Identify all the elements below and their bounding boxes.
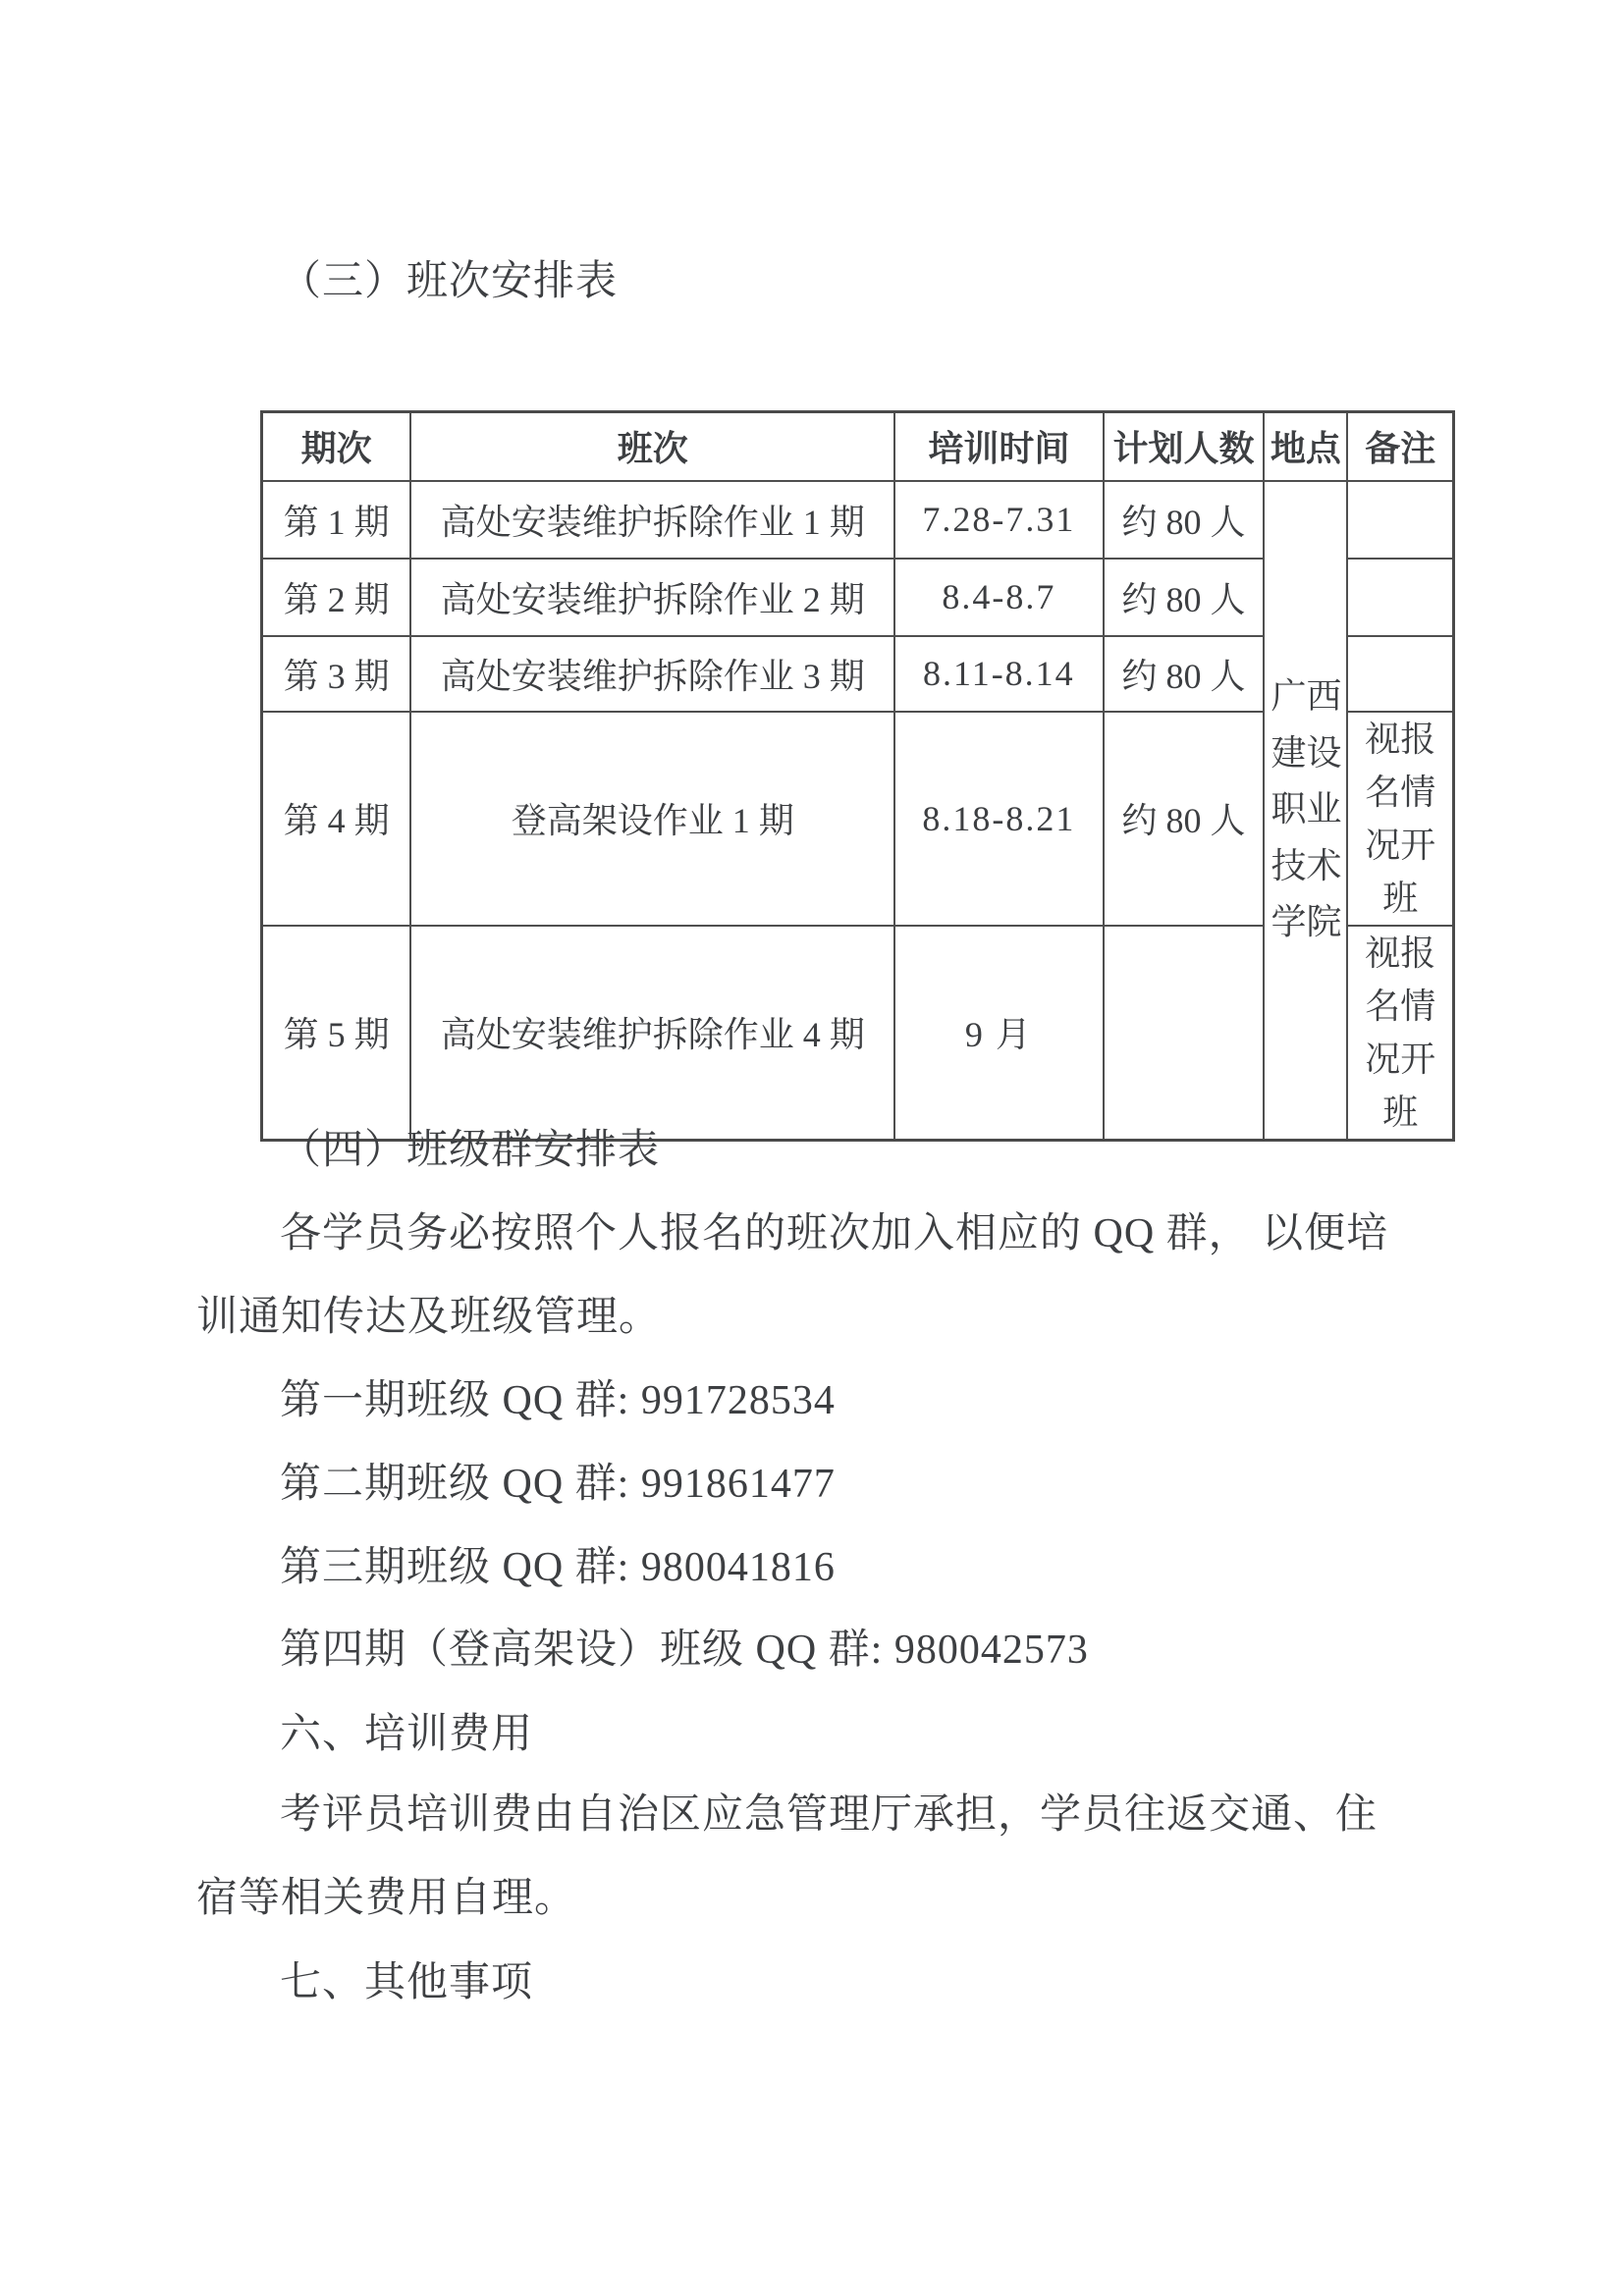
cell-time: 9 月 xyxy=(894,926,1103,1141)
section6-paragraph-line1: 考评员培训费由自治区应急管理厅承担，学员往返交通、住 xyxy=(280,1794,1378,1836)
section3-heading: （三）班次安排表 xyxy=(280,261,618,302)
section6-heading: 六、培训费用 xyxy=(280,1714,533,1755)
cell-class: 高处安装维护拆除作业 4 期 xyxy=(410,926,894,1141)
cell-count xyxy=(1104,926,1265,1141)
cell-class: 登高架设作业 1 期 xyxy=(410,712,894,926)
col-header-location: 地点 xyxy=(1264,412,1347,481)
table-row: 第 1 期 高处安装维护拆除作业 1 期 7.28-7.31 约 80 人 广西… xyxy=(262,481,1454,559)
section4-heading: （四）班级群安排表 xyxy=(280,1130,660,1171)
table-header-row: 期次 班次 培训时间 计划人数 地点 备注 xyxy=(262,412,1454,481)
cell-time: 7.28-7.31 xyxy=(894,481,1103,559)
cell-count: 约 80 人 xyxy=(1104,636,1265,712)
cell-class: 高处安装维护拆除作业 2 期 xyxy=(410,559,894,636)
cell-period: 第 4 期 xyxy=(262,712,411,926)
cell-time: 8.4-8.7 xyxy=(894,559,1103,636)
cell-period: 第 2 期 xyxy=(262,559,411,636)
qq-group-line-3: 第三期班级 QQ 群: 980041816 xyxy=(280,1547,836,1588)
col-header-note: 备注 xyxy=(1347,412,1453,481)
cell-class: 高处安装维护拆除作业 1 期 xyxy=(410,481,894,559)
class-schedule-table: 期次 班次 培训时间 计划人数 地点 备注 第 1 期 高处安装维护拆除作业 1… xyxy=(260,410,1455,1142)
cell-location-merged: 广西建设职业技术学院 xyxy=(1264,481,1347,1141)
qq-group-line-1: 第一期班级 QQ 群: 991728534 xyxy=(280,1380,836,1421)
location-text: 广西建设职业技术学院 xyxy=(1269,668,1343,951)
cell-note xyxy=(1347,559,1453,636)
cell-time: 8.11-8.14 xyxy=(894,636,1103,712)
col-header-count: 计划人数 xyxy=(1104,412,1265,481)
cell-period: 第 5 期 xyxy=(262,926,411,1141)
cell-count: 约 80 人 xyxy=(1104,481,1265,559)
cell-count: 约 80 人 xyxy=(1104,712,1265,926)
col-header-period: 期次 xyxy=(262,412,411,481)
col-header-time: 培训时间 xyxy=(894,412,1103,481)
cell-period: 第 3 期 xyxy=(262,636,411,712)
cell-period: 第 1 期 xyxy=(262,481,411,559)
qq-group-line-4: 第四期（登高架设）班级 QQ 群: 980042573 xyxy=(280,1629,1089,1671)
section4-paragraph-line1: 各学员务必按照个人报名的班次加入相应的 QQ 群， 以便培 xyxy=(280,1213,1388,1255)
cell-note xyxy=(1347,636,1453,712)
cell-class: 高处安装维护拆除作业 3 期 xyxy=(410,636,894,712)
cell-count: 约 80 人 xyxy=(1104,559,1265,636)
section4-paragraph-line2: 训通知传达及班级管理。 xyxy=(196,1297,661,1338)
cell-note: 视报名情况开班 xyxy=(1347,712,1453,926)
cell-time: 8.18-8.21 xyxy=(894,712,1103,926)
section6-paragraph-line2: 宿等相关费用自理。 xyxy=(196,1878,576,1919)
cell-note: 视报名情况开班 xyxy=(1347,926,1453,1141)
qq-group-line-2: 第二期班级 QQ 群: 991861477 xyxy=(280,1464,836,1505)
document-page: （三）班次安排表 期次 班次 培训时间 计划人数 地点 备注 第 1 期 高处安… xyxy=(0,0,1622,2296)
section7-heading: 七、其他事项 xyxy=(280,1962,533,2003)
col-header-class: 班次 xyxy=(410,412,894,481)
cell-note xyxy=(1347,481,1453,559)
